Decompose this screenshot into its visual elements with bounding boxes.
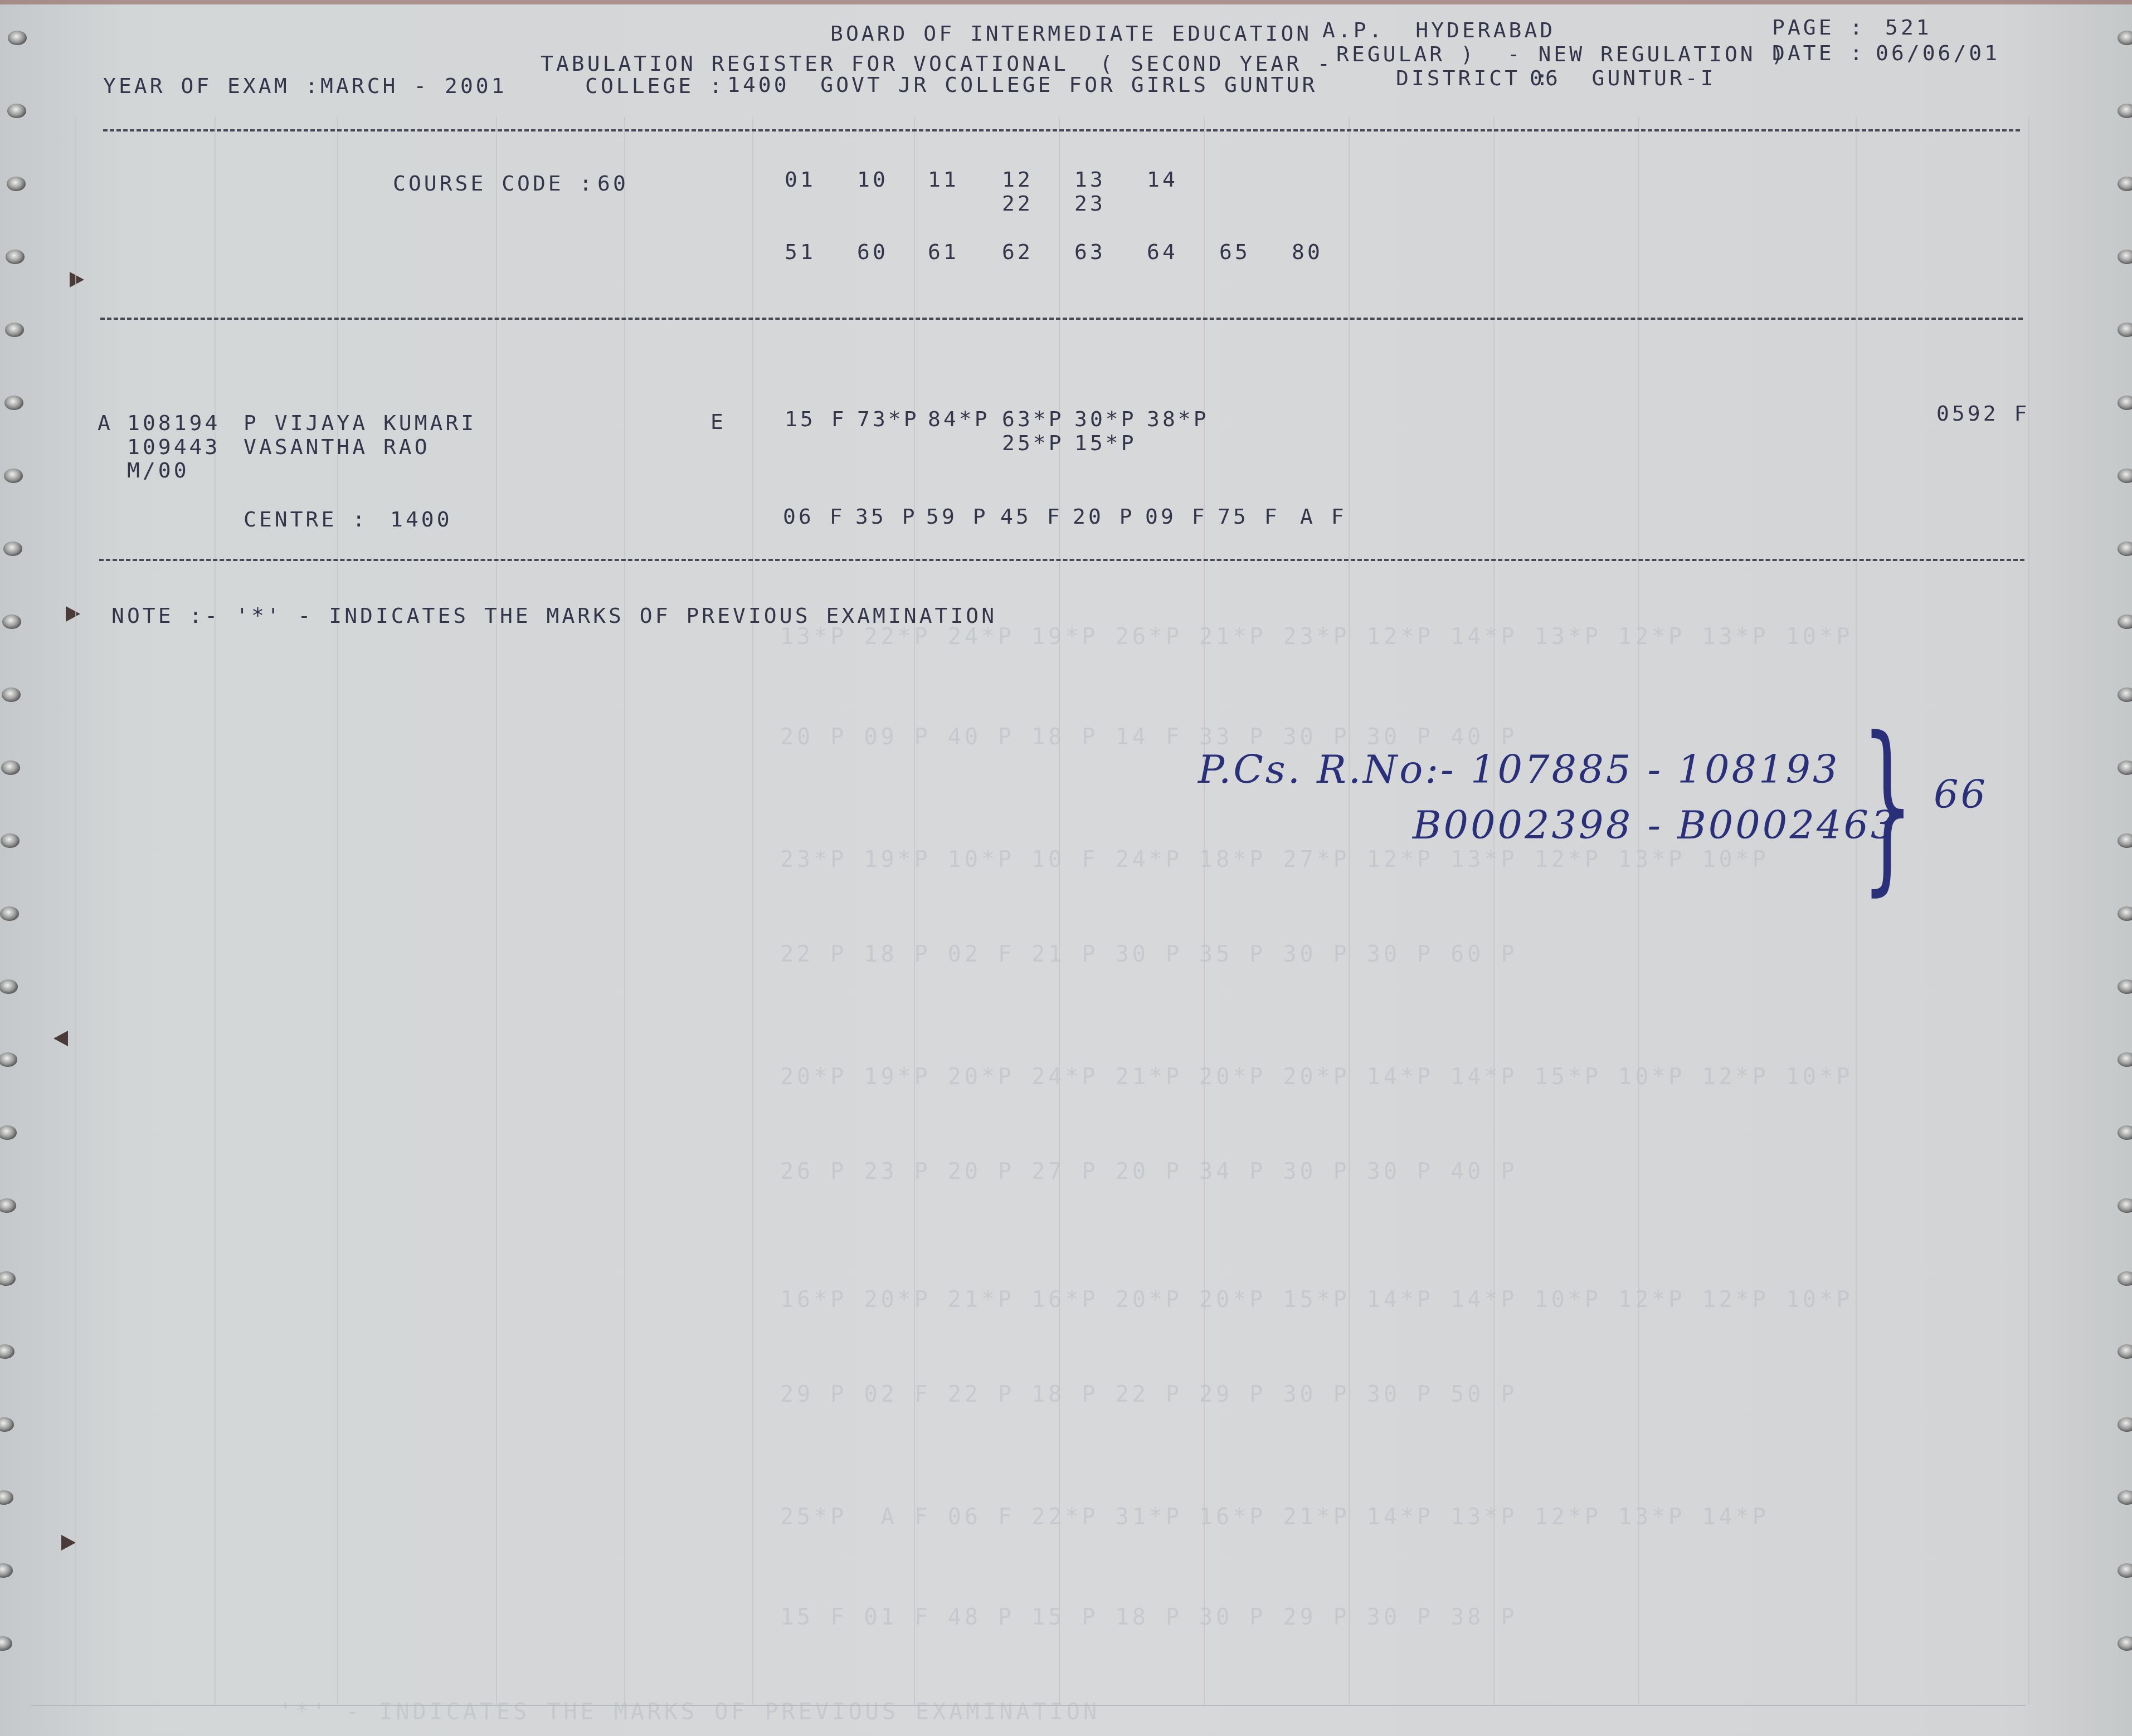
sprocket-hole-icon [8,31,27,45]
sprocket-hole-icon [2118,1198,2132,1213]
subject-mark: A F [1300,504,1347,529]
sprocket-hole-icon [2118,833,2132,848]
date-value: 06/06/01 [1876,41,2000,65]
subject-code: 23 [1074,191,1106,216]
sprocket-hole-icon [2118,396,2132,410]
sprocket-hole-icon [1,760,20,775]
subject-code: 11 [928,167,959,192]
centre-label: CENTRE : [244,507,368,531]
sprocket-hole-icon [0,1125,17,1140]
sprocket-hole-icon [2118,979,2132,994]
sprocket-hole-icon [3,542,22,556]
subject-code: 61 [928,240,959,264]
subject-mark: 38*P [1147,407,1209,431]
sprocket-hole-icon [2118,1052,2132,1067]
student-name: P VIJAYA KUMARI [244,411,476,435]
sprocket-hole-icon [1,833,20,848]
handwritten-brace: } [1861,713,1915,897]
subject-code: 14 [1147,167,1178,192]
subject-code: 12 [1002,167,1033,192]
subject-mark: 35 P [855,504,918,529]
year-of-exam-value: MARCH - 2001 [320,74,507,98]
date-label: DATE : [1772,41,1865,65]
separator-line [99,559,2024,561]
sprocket-hole-icon [2118,760,2132,775]
sprocket-hole-icon [7,177,26,191]
sprocket-hole-icon [0,979,18,994]
sprocket-hole-icon [2118,906,2132,921]
subject-mark: 25*P [1002,431,1064,455]
subject-code: 51 [785,240,816,264]
subject-mark: 15 F [785,407,847,431]
tear-mark-icon [70,272,84,287]
tear-mark-icon [61,1535,76,1550]
sheet-top-edge [0,0,2132,4]
register-sheet: 13*P 22*P 24*P 19*P 26*P 21*P 23*P 12*P … [0,0,2132,1736]
course-code-value: 60 [597,171,629,196]
record-category: A [98,411,113,435]
subject-code: 22 [1002,191,1033,216]
subject-code: 64 [1147,240,1178,264]
subject-code: 01 [785,167,816,192]
subject-mark: 06 F [783,504,845,529]
subject-mark: 73*P [857,407,919,431]
sprocket-hole-icon [2118,177,2132,191]
centre-value: 1400 [390,507,452,531]
sprocket-hole-icon [0,1490,13,1505]
sprocket-hole-icon [4,469,23,483]
sprocket-hole-icon [0,906,19,921]
sprocket-hole-icon [6,250,25,264]
sprocket-hole-icon [2118,615,2132,629]
separator-line [100,318,2023,320]
sprocket-hole-icon [2118,1563,2132,1578]
sprocket-hole-icon [2118,687,2132,702]
subject-mark: 15*P [1074,431,1137,455]
subject-mark: 84*P [928,407,990,431]
sprocket-hole-icon [4,396,23,410]
hall-ticket-number: 108194 [127,411,220,435]
sprocket-hole-icon [0,1271,16,1286]
sprocket-hole-icon [2,615,21,629]
sprocket-hole-icon [2118,31,2132,45]
sprocket-hole-icon [0,1563,13,1578]
father-name: VASANTHA RAO [244,435,430,459]
subject-mark: 09 F [1145,504,1208,529]
college-value: 1400 GOVT JR COLLEGE FOR GIRLS GUNTUR [727,72,1317,97]
subject-mark: 59 P [926,504,989,529]
sprocket-hole-icon [2118,1271,2132,1286]
sprocket-hole-icon [0,1344,14,1359]
sprocket-hole-icon [2118,1417,2132,1432]
sprocket-hole-icon [2118,323,2132,337]
handwritten-count: 66 [1934,772,1988,817]
district-label: DISTRICT : [1396,66,1551,90]
serial-number: 109443 [127,435,220,459]
sprocket-hole-icon [2118,542,2132,556]
sprocket-hole-icon [2118,1636,2132,1651]
separator-line [103,129,2020,131]
medium: E [710,409,726,434]
subject-mark: 30*P [1074,407,1137,431]
handwritten-roll-range-1: P.Cs. R.No:- 107885 - 108193 [1198,747,1840,792]
sprocket-hole-icon [2118,469,2132,483]
tear-mark-icon [53,1031,68,1046]
note-text: NOTE :- '*' - INDICATES THE MARKS OF PRE… [111,603,997,628]
sprocket-hole-icon [2118,250,2132,264]
college-label: COLLEGE : [585,74,725,98]
handwritten-roll-range-2: B0002398 - B0002463 [1413,802,1898,848]
sprocket-hole-icon [2,687,21,702]
district-value: 06 GUNTUR-I [1530,66,1716,90]
sprocket-hole-icon [0,1417,14,1432]
tear-mark-icon [66,606,80,622]
total-result: 0592 F [1936,401,2029,426]
sprocket-hole-icon [0,1052,17,1067]
subject-mark: 75 F [1218,504,1280,529]
subject-code: 65 [1219,240,1250,264]
sprocket-hole-icon [0,1198,16,1213]
year-of-exam-label: YEAR OF EXAM : [103,74,320,98]
sprocket-hole-icon [2118,1490,2132,1505]
sprocket-hole-icon [2118,104,2132,118]
subject-mark: 63*P [1002,407,1064,431]
regulation-title: REGULAR ) - NEW REGULATION ) [1336,42,1787,66]
board-location: A.P. HYDERABAD [1322,18,1555,42]
subject-mark: 45 F [1000,504,1063,529]
page-number: 521 [1885,15,1932,40]
subject-code: 60 [857,240,888,264]
subject-code: 13 [1074,167,1106,192]
sprocket-hole-icon [5,323,24,337]
subject-code: 80 [1292,240,1323,264]
subject-code: 62 [1002,240,1033,264]
sprocket-hole-icon [7,104,26,118]
sprocket-hole-icon [0,1636,12,1651]
subject-code: 10 [857,167,888,192]
subject-mark: 20 P [1073,504,1135,529]
sprocket-hole-icon [2118,1125,2132,1140]
page-label: PAGE : [1772,15,1865,40]
course-code-label: COURSE CODE : [393,171,595,196]
gender-code: M/00 [127,458,189,482]
board-title: BOARD OF INTERMEDIATE EDUCATION [830,21,1312,46]
sprocket-hole-icon [2118,1344,2132,1359]
subject-code: 63 [1074,240,1106,264]
